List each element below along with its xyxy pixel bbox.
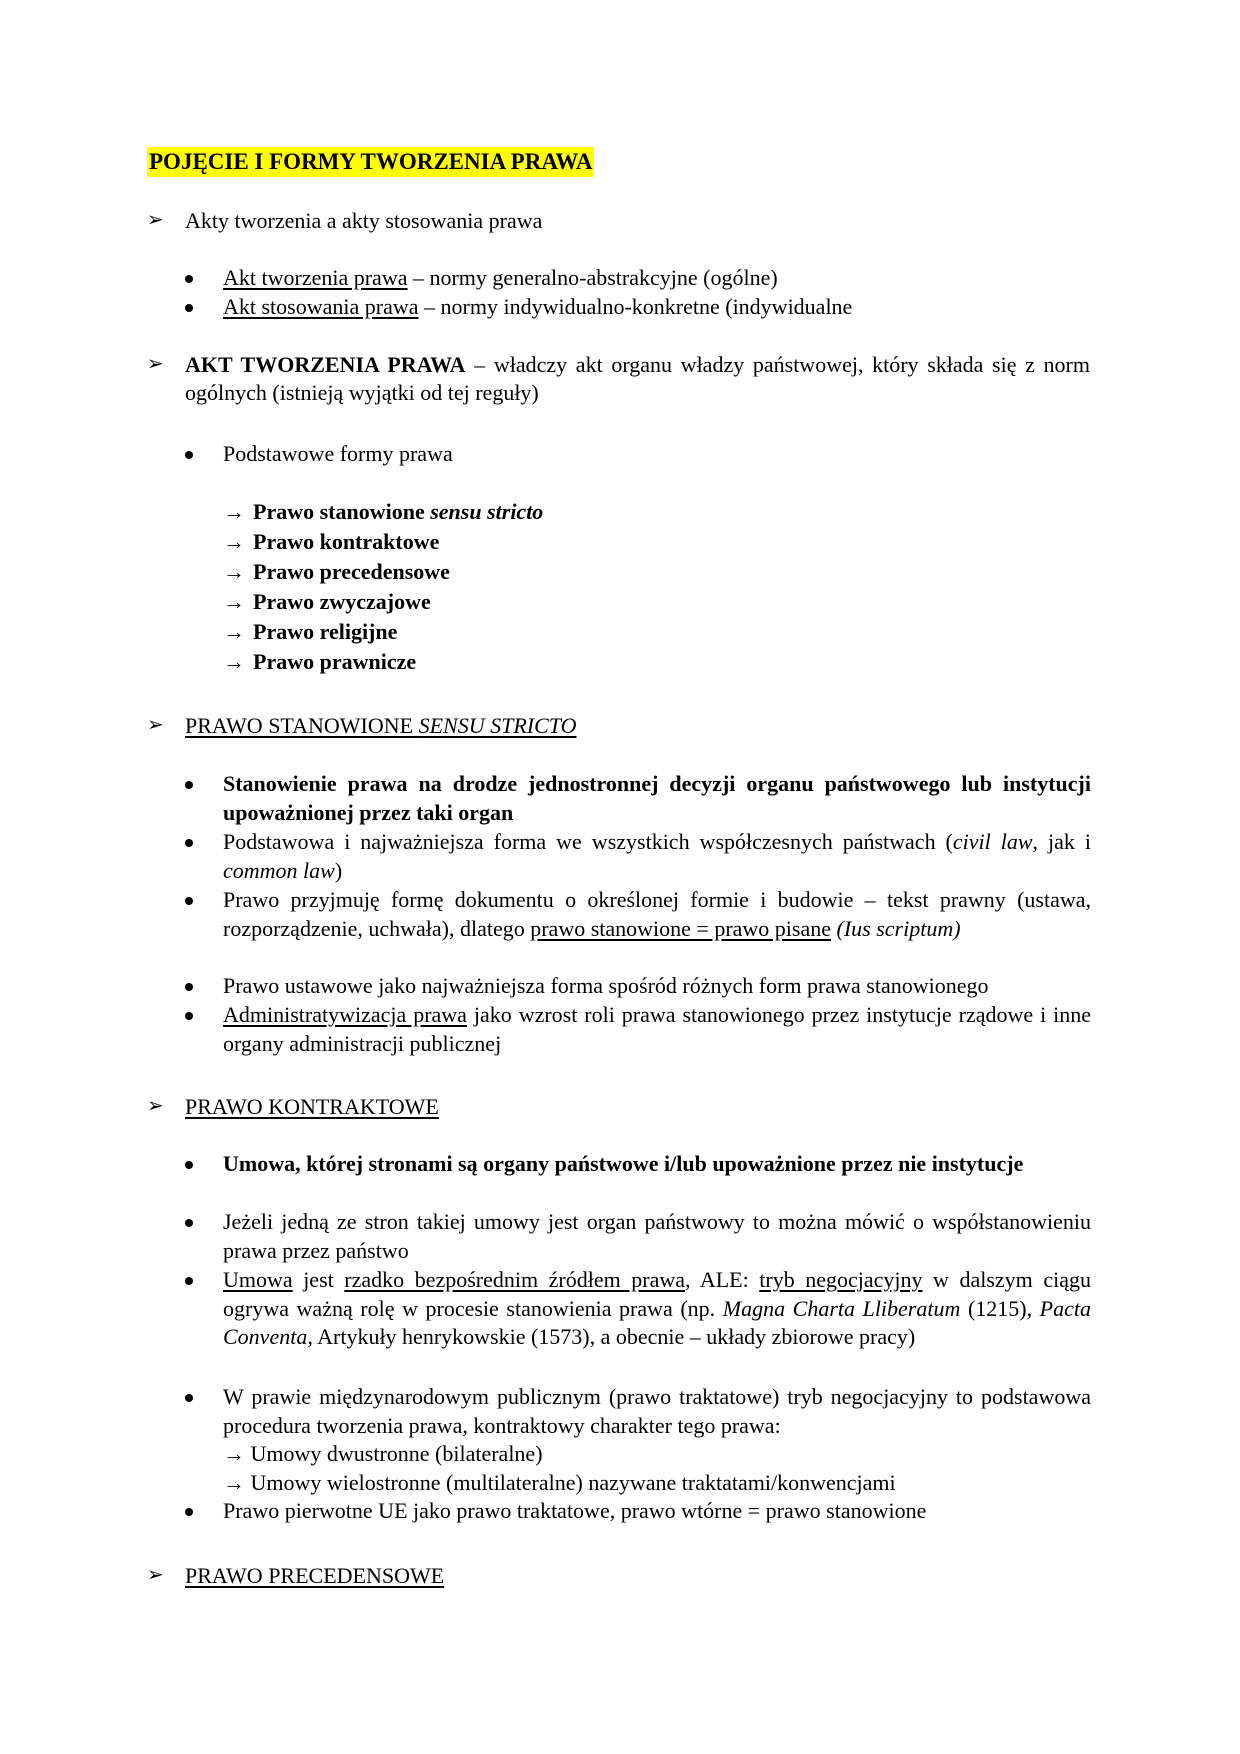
bullet-icon — [185, 275, 193, 283]
arrowhead-bullet-icon: ➢ — [147, 1562, 164, 1587]
sub-item: → Umowy dwustronne (bilateralne) — [223, 1441, 543, 1466]
arrowhead-bullet-icon: ➢ — [147, 207, 164, 232]
bullet-icon — [185, 1012, 193, 1020]
bullet-icon — [185, 1277, 193, 1285]
arrowhead-bullet-icon: ➢ — [147, 712, 164, 737]
bullet-icon — [185, 1161, 193, 1169]
section-heading: PRAWO STANOWIONE SENSU STRICTO — [185, 712, 1090, 740]
term: Akt stosowania prawa — [223, 294, 419, 319]
arrow-icon: → — [223, 529, 245, 554]
bullet-icon — [185, 839, 193, 847]
arrow-icon: → — [223, 499, 245, 524]
bullet-icon — [185, 897, 193, 905]
bullet-icon — [185, 304, 193, 312]
document-title: POJĘCIE I FORMY TWORZENIA PRAWA — [147, 147, 594, 177]
bullet-icon — [185, 983, 193, 991]
bullet-icon — [185, 451, 193, 459]
section-heading: Akty tworzenia a akty stosowania prawa — [185, 207, 1090, 235]
arrow-icon: → — [223, 649, 245, 674]
form-item: →Prawo religijne — [223, 617, 397, 647]
arrowhead-bullet-icon: ➢ — [147, 351, 164, 376]
form-item: →Prawo kontraktowe — [223, 527, 439, 557]
bullet-icon — [185, 1219, 193, 1227]
bullet-icon — [185, 1508, 193, 1516]
form-item: →Prawo stanowione sensu stricto — [223, 497, 543, 527]
term: Akt tworzenia prawa — [223, 265, 407, 290]
arrow-icon: → — [223, 1441, 251, 1466]
form-item: →Prawo precedensowe — [223, 557, 450, 587]
form-item: →Prawo zwyczajowe — [223, 587, 431, 617]
arrow-icon: → — [223, 1470, 251, 1495]
arrowhead-bullet-icon: ➢ — [147, 1093, 164, 1118]
bullet-icon — [185, 781, 193, 789]
section-heading: PRAWO PRECEDENSOWE — [185, 1562, 1090, 1590]
definition: – normy generalno-abstrakcyjne (ogólne) — [407, 265, 777, 290]
definition: – normy indywidualno-konkretne (indywidu… — [419, 294, 853, 319]
section-heading: AKT TWORZENIA PRAWA – władczy akt organu… — [185, 351, 1090, 407]
section-heading: PRAWO KONTRAKTOWE — [185, 1093, 1090, 1121]
arrow-icon: → — [223, 619, 245, 644]
arrow-icon: → — [223, 589, 245, 614]
bullet-icon — [185, 1394, 193, 1402]
arrow-icon: → — [223, 559, 245, 584]
form-item: →Prawo prawnicze — [223, 647, 416, 677]
sub-item: → Umowy wielostronne (multilateralne) na… — [223, 1470, 896, 1495]
document-page: POJĘCIE I FORMY TWORZENIA PRAWA ➢ Akty t… — [0, 0, 1240, 1754]
